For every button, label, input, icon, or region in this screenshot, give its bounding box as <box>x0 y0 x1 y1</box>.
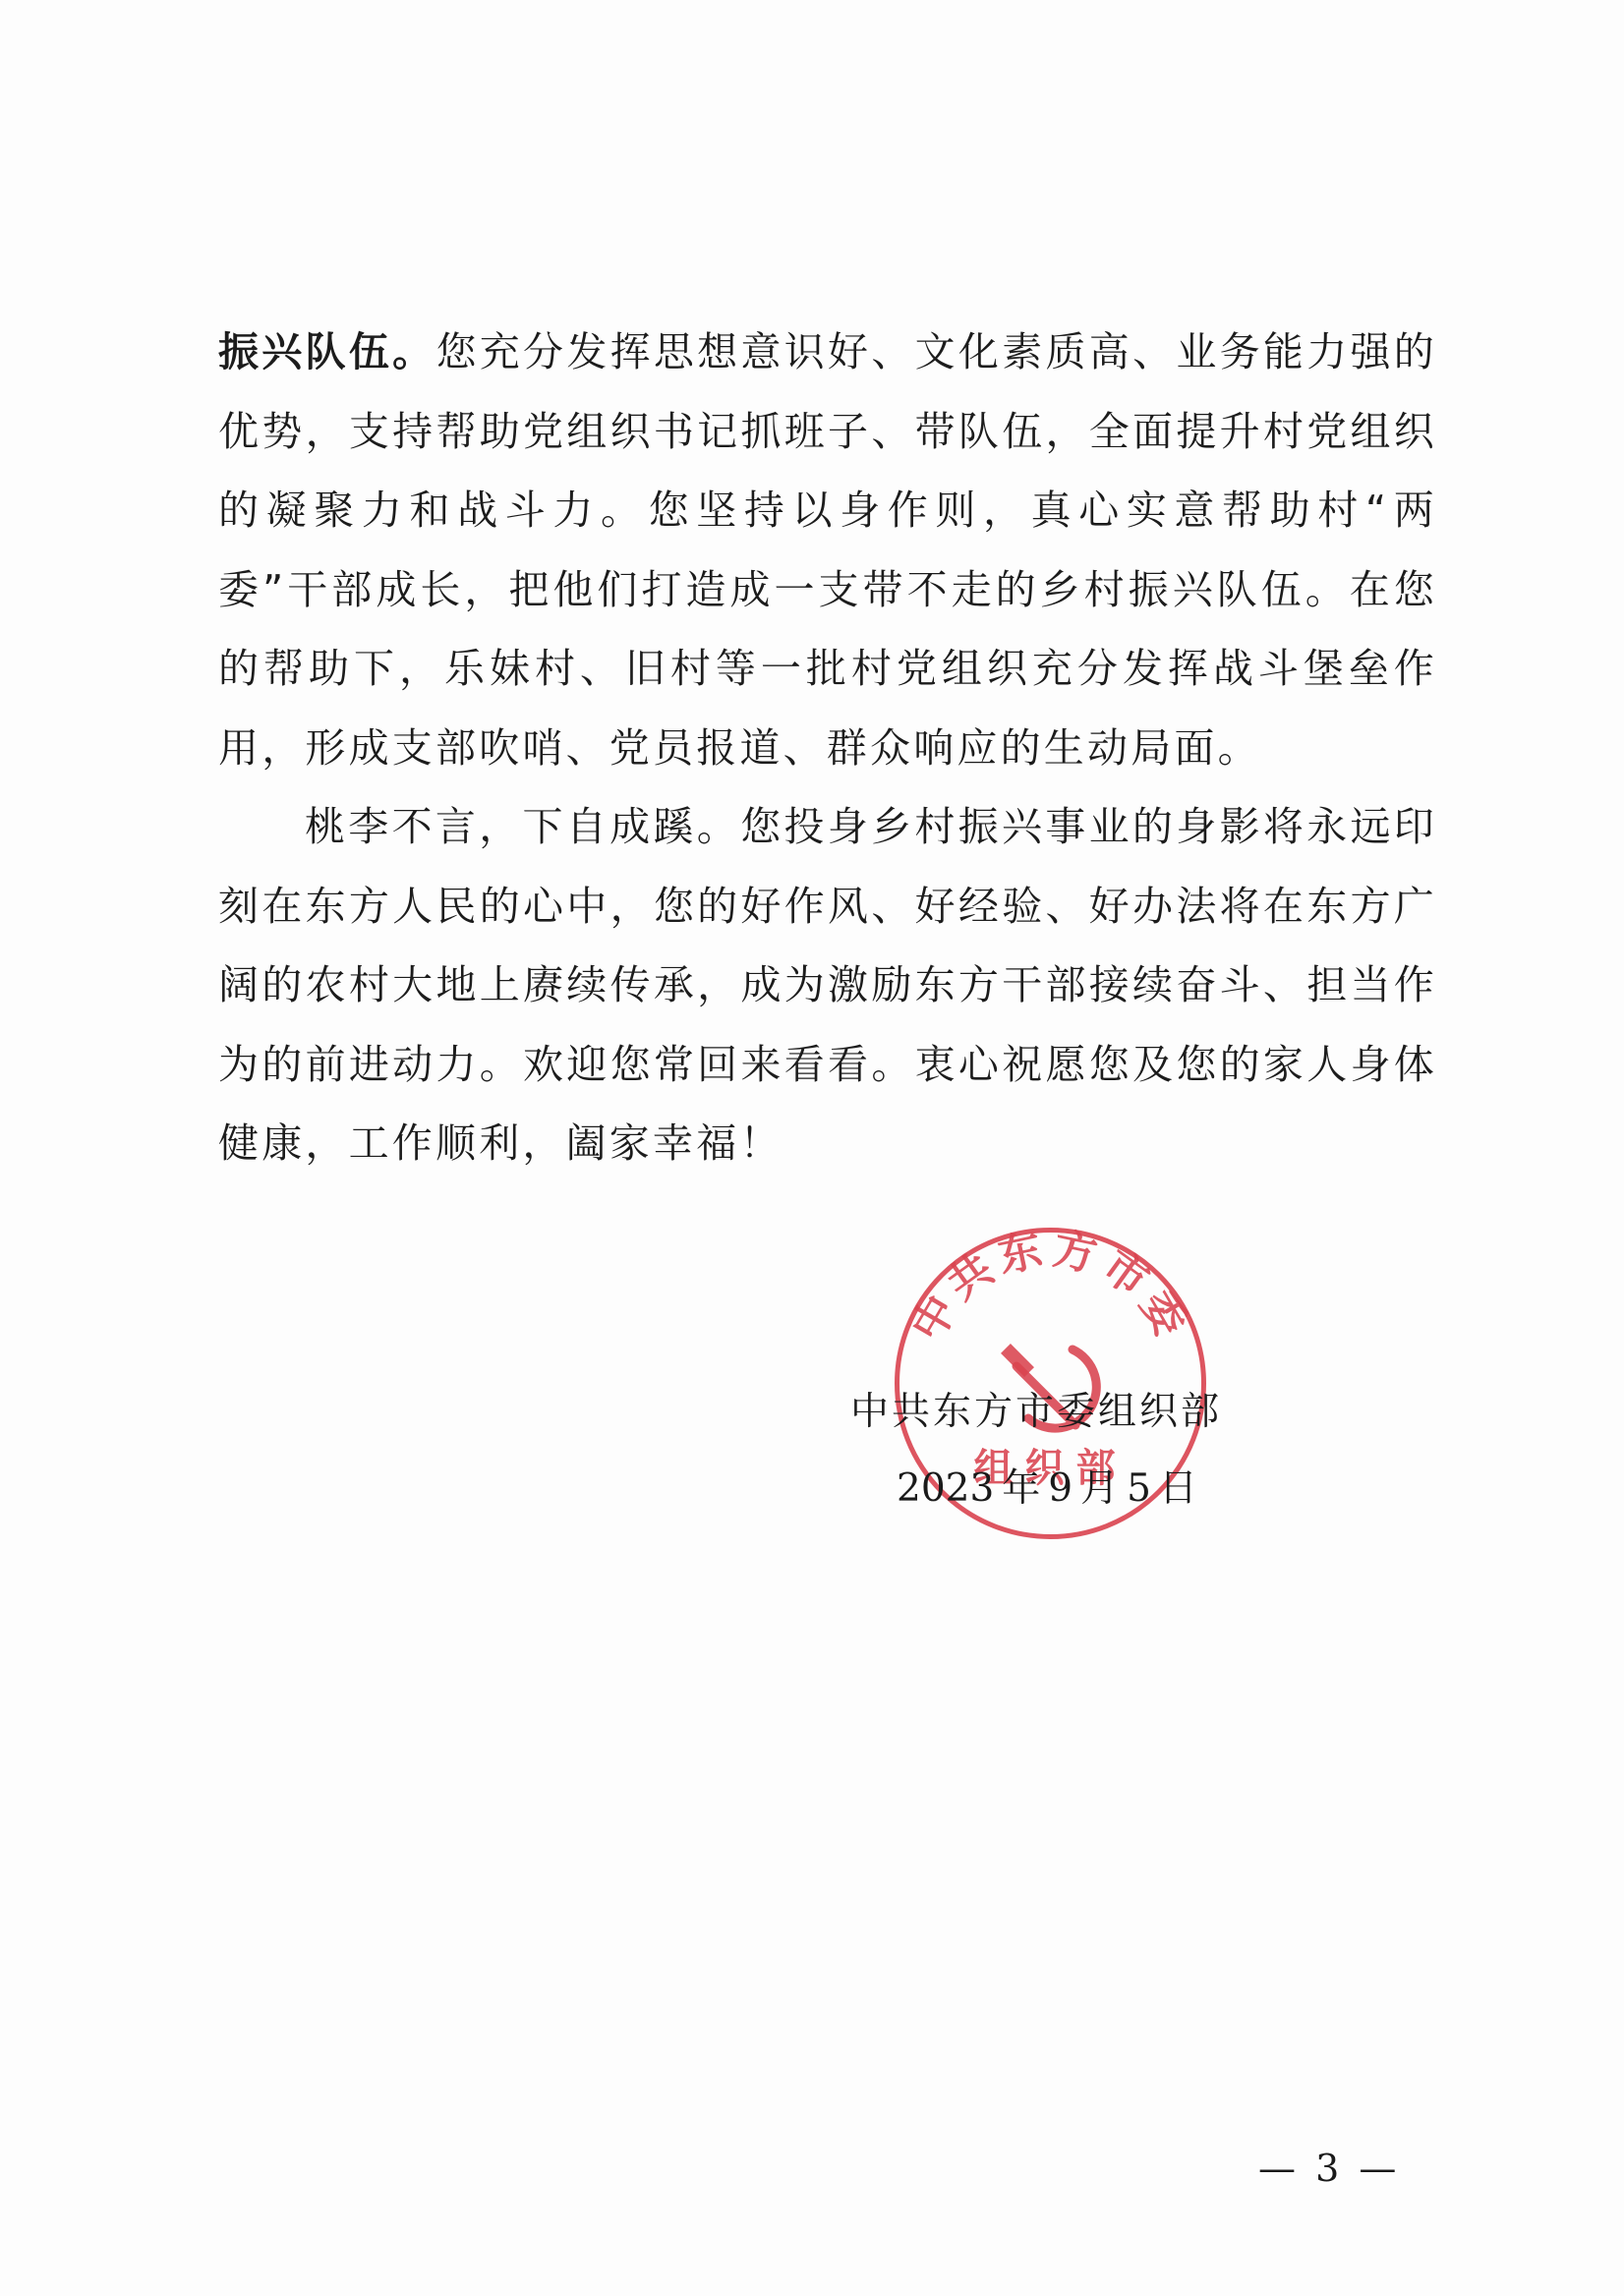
svg-text:中共东方市委: 中共东方市委 <box>902 1224 1199 1349</box>
date-day-unit: 日 <box>1159 1466 1197 1511</box>
paragraph-2: 桃李不言，下自成蹊。您投身乡村振兴事业的身影将永远印刻在东方人民的心中，您的好作… <box>218 787 1437 1183</box>
letter-body: 振兴队伍。您充分发挥思想意识好、文化素质高、业务能力强的优势，支持帮助党组织书记… <box>218 313 1437 1183</box>
paragraph-1-lead: 振兴队伍。 <box>218 328 435 375</box>
issue-date: 2023年9月5日 <box>897 1458 1205 1513</box>
date-year-unit: 年 <box>1002 1466 1040 1511</box>
date-month: 9 <box>1048 1466 1073 1511</box>
date-month-unit: 月 <box>1080 1466 1119 1511</box>
date-day: 5 <box>1127 1466 1151 1511</box>
paragraph-1: 振兴队伍。您充分发挥思想意识好、文化素质高、业务能力强的优势，支持帮助党组织书记… <box>218 313 1437 787</box>
paragraph-1-text: 您充分发挥思想意识好、文化素质高、业务能力强的优势，支持帮助党组织书记抓班子、带… <box>218 328 1437 772</box>
issuer-name: 中共东方市委组织部 <box>850 1381 1244 1436</box>
date-year: 2023 <box>897 1466 994 1511</box>
page-number: — 3 — <box>1258 2147 1400 2190</box>
document-page: 振兴队伍。您充分发挥思想意识好、文化素质高、业务能力强的优势，支持帮助党组织书记… <box>0 0 1624 2296</box>
